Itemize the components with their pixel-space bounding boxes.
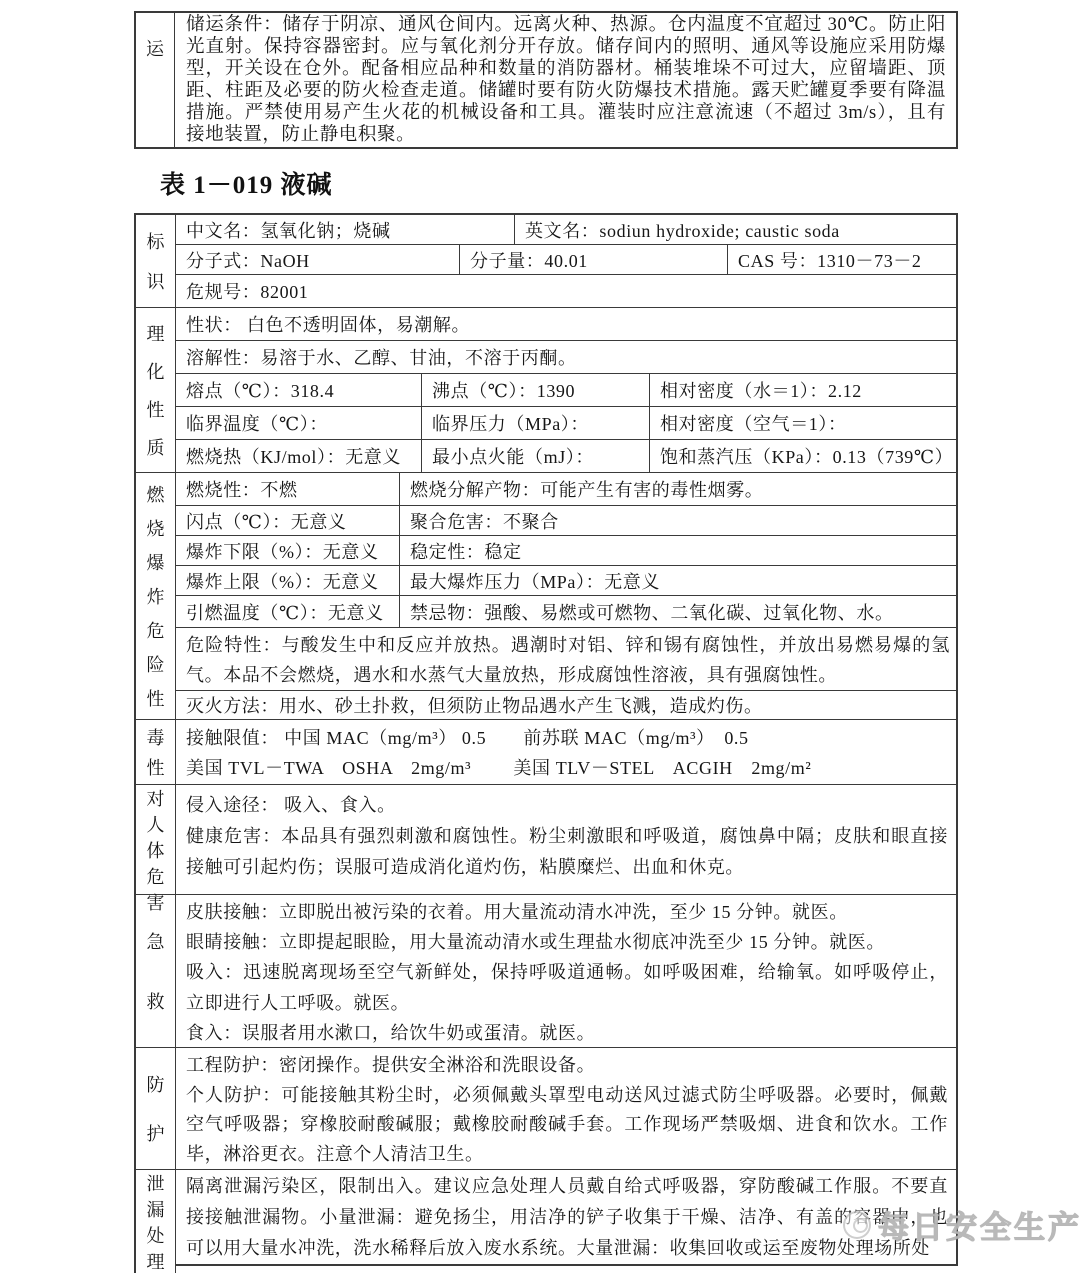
table-row: 爆炸上限（%）：无意义 最大爆炸压力（MPa）：无意义 [176, 566, 956, 596]
section-toxicity-label: 毒性 [136, 720, 176, 784]
table-row: 爆炸下限（%）：无意义 稳定性：稳定 [176, 536, 956, 566]
table-row: 灭火方法：用水、砂土扑救，但须防止物品遇水产生飞溅，造成灼伤。 [176, 691, 956, 719]
table-row: 燃烧性：不燃 燃烧分解产物：可能产生有害的毒性烟雾。 [176, 473, 956, 506]
table-title: 表 1－019 液碱 [160, 165, 333, 201]
cell-critical-temperature: 临界温度（℃）： [176, 407, 422, 439]
cell-cas-number: CAS 号：1310－73－2 [728, 245, 956, 274]
first-aid-inhalation-text: 吸入：迅速脱离现场至空气新鲜处，保持呼吸道通畅。如呼吸困难，给输氧。如呼吸停止，… [186, 957, 948, 1017]
first-aid-skin-text: 皮肤接触：立即脱出被污染的衣着。用大量流动清水冲洗，至少 15 分钟。就医。 [186, 897, 948, 927]
cell-molecular-formula: 分子式：NaOH [176, 245, 460, 274]
personal-protection-text: 个人防护：可能接触其粉尘时，必须佩戴头罩型电动送风过滤式防尘呼吸器。必要时，佩戴… [186, 1081, 948, 1170]
section-fire-explosion-content: 燃烧性：不燃 燃烧分解产物：可能产生有害的毒性烟雾。 闪点（℃）：无意义 聚合危… [176, 473, 958, 719]
cell-incompatibles: 禁忌物：强酸、易燃或可燃物、二氧化碳、过氧化物、水。 [400, 596, 956, 627]
section-human-health: 对人体危害 侵入途径： 吸入、食入。 健康危害：本品具有强烈刺激和腐蚀性。粉尘刺… [136, 785, 958, 895]
exposure-limit-line2: 美国 TVL－TWA OSHA 2mg/m³ 美国 TLV－STEL ACGIH… [186, 753, 948, 783]
cell-english-name: 英文名：sodiun hydroxide; caustic soda [515, 215, 956, 244]
cell-explosion-lower-limit: 爆炸下限（%）：无意义 [176, 536, 400, 565]
cell-ignition-temperature: 引燃温度（℃）：无意义 [176, 596, 400, 627]
storage-conditions-text: 储运条件：储存于阴凉、通风仓间内。远离火种、热源。仓内温度不宜超过 30℃。防止… [175, 13, 956, 147]
section-fire-explosion-label: 燃烧爆炸危险性 [136, 473, 176, 719]
cell-appearance: 性状： 白色不透明固体，易潮解。 [176, 308, 956, 340]
section-identification-content: 中文名：氢氧化钠；烧碱 英文名：sodiun hydroxide; causti… [176, 215, 958, 307]
section-human-health-label: 对人体危害 [136, 785, 176, 894]
table-row: 中文名：氢氧化钠；烧碱 英文名：sodiun hydroxide; causti… [176, 215, 956, 245]
cell-min-ignition-energy: 最小点火能（mJ）： [422, 440, 650, 472]
cell-hazard-reg-number: 危规号：82001 [176, 275, 956, 307]
section-protection-content: 工程防护：密闭操作。提供安全淋浴和洗眼设备。 个人防护：可能接触其粉尘时，必须佩… [176, 1048, 958, 1169]
cell-combustion-heat: 燃烧热（KJ/mol）：无意义 [176, 440, 422, 472]
storage-row-label: 运 [136, 13, 175, 147]
first-aid-ingestion-text: 食入：误服者用水漱口，给饮牛奶或蛋清。就医。 [186, 1018, 948, 1047]
table-row: 性状： 白色不透明固体，易潮解。 [176, 308, 956, 341]
entry-routes-text: 侵入途径： 吸入、食入。 [186, 790, 948, 821]
table-row: 燃烧热（KJ/mol）：无意义 最小点火能（mJ）： 饱和蒸汽压（KPa）：0.… [176, 440, 956, 472]
section-physicochemical: 理化性质 性状： 白色不透明固体，易潮解。 溶解性：易溶于水、乙醇、甘油，不溶于… [136, 308, 958, 473]
document-page: 运 储运条件：储存于阴凉、通风仓间内。远离火种、热源。仓内温度不宜超过 30℃。… [0, 0, 1080, 1273]
cell-decomposition-products: 燃烧分解产物：可能产生有害的毒性烟雾。 [400, 473, 956, 505]
section-toxicity-content: 接触限值： 中国 MAC（mg/m³） 0.5 前苏联 MAC（mg/m³） 0… [176, 720, 958, 784]
cell-critical-pressure: 临界压力（MPa）： [422, 407, 650, 439]
section-toxicity: 毒性 接触限值： 中国 MAC（mg/m³） 0.5 前苏联 MAC（mg/m³… [136, 720, 958, 785]
section-physicochemical-content: 性状： 白色不透明固体，易潮解。 溶解性：易溶于水、乙醇、甘油，不溶于丙酮。 熔… [176, 308, 958, 472]
table-row: 分子式：NaOH 分子量：40.01 CAS 号：1310－73－2 [176, 245, 956, 275]
cell-max-explosion-pressure: 最大爆炸压力（MPa）：无意义 [400, 566, 956, 595]
section-protection: 防护 工程防护：密闭操作。提供安全淋浴和洗眼设备。 个人防护：可能接触其粉尘时，… [136, 1048, 958, 1170]
table-row: 溶解性：易溶于水、乙醇、甘油，不溶于丙酮。 [176, 341, 956, 374]
section-physicochemical-label: 理化性质 [136, 308, 176, 472]
cell-relative-density-water: 相对密度（水＝1）：2.12 [650, 374, 956, 406]
cell-flammability: 燃烧性：不燃 [176, 473, 400, 505]
table-row: 引燃温度（℃）：无意义 禁忌物：强酸、易燃或可燃物、二氧化碳、过氧化物、水。 [176, 596, 956, 628]
cell-explosion-upper-limit: 爆炸上限（%）：无意义 [176, 566, 400, 595]
exposure-limit-line1: 接触限值： 中国 MAC（mg/m³） 0.5 前苏联 MAC（mg/m³） 0… [186, 723, 948, 753]
table-row: 闪点（℃）：无意义 聚合危害：不聚合 [176, 506, 956, 536]
cell-stability: 稳定性：稳定 [400, 536, 956, 565]
spill-handling-text: 隔离泄漏污染区，限制出入。建议应急处理人员戴自给式呼吸器，穿防酸碱工作服。不要直… [186, 1171, 948, 1264]
cell-fire-fighting-method: 灭火方法：用水、砂土扑救，但须防止物品遇水产生飞溅，造成灼伤。 [176, 691, 956, 719]
table-row: 熔点（℃）：318.4 沸点（℃）：1390 相对密度（水＝1）：2.12 [176, 374, 956, 407]
section-first-aid-label: 急救 [136, 895, 176, 1047]
cell-solubility: 溶解性：易溶于水、乙醇、甘油，不溶于丙酮。 [176, 341, 956, 373]
section-first-aid-content: 皮肤接触：立即脱出被污染的衣着。用大量流动清水冲洗，至少 15 分钟。就医。 眼… [176, 895, 958, 1047]
section-human-health-content: 侵入途径： 吸入、食入。 健康危害：本品具有强烈刺激和腐蚀性。粉尘刺激眼和呼吸道… [176, 785, 958, 894]
section-identification: 标识 中文名：氢氧化钠；烧碱 英文名：sodiun hydroxide; cau… [136, 215, 958, 308]
health-hazards-text: 健康危害：本品具有强烈刺激和腐蚀性。粉尘刺激眼和呼吸道，腐蚀鼻中隔；皮肤和眼直接… [186, 821, 948, 883]
cell-polymerization-hazard: 聚合危害：不聚合 [400, 506, 956, 535]
cell-boiling-point: 沸点（℃）：1390 [422, 374, 650, 406]
section-spill-handling-content: 隔离泄漏污染区，限制出入。建议应急处理人员戴自给式呼吸器，穿防酸碱工作服。不要直… [176, 1170, 958, 1266]
table-row: 危险特性：与酸发生中和反应并放热。遇潮时对铝、锌和锡有腐蚀性，并放出易燃易爆的氢… [176, 628, 956, 691]
engineering-protection-text: 工程防护：密闭操作。提供安全淋浴和洗眼设备。 [186, 1051, 948, 1081]
section-fire-explosion: 燃烧爆炸危险性 燃烧性：不燃 燃烧分解产物：可能产生有害的毒性烟雾。 闪点（℃）… [136, 473, 958, 720]
cell-relative-density-air: 相对密度（空气＝1）： [650, 407, 956, 439]
section-spill-handling: 泄漏处理 隔离泄漏污染区，限制出入。建议应急处理人员戴自给式呼吸器，穿防酸碱工作… [136, 1170, 958, 1273]
table-row: 危规号：82001 [176, 275, 956, 307]
section-protection-label: 防护 [136, 1048, 176, 1169]
storage-transport-table: 运 储运条件：储存于阴凉、通风仓间内。远离火种、热源。仓内温度不宜超过 30℃。… [134, 11, 958, 149]
cell-melting-point: 熔点（℃）：318.4 [176, 374, 422, 406]
cell-flash-point: 闪点（℃）：无意义 [176, 506, 400, 535]
cell-chinese-name: 中文名：氢氧化钠；烧碱 [176, 215, 515, 244]
section-first-aid: 急救 皮肤接触：立即脱出被污染的衣着。用大量流动清水冲洗，至少 15 分钟。就医… [136, 895, 958, 1048]
first-aid-eyes-text: 眼睛接触：立即提起眼睑，用大量流动清水或生理盐水彻底冲洗至少 15 分钟。就医。 [186, 927, 948, 957]
cell-saturated-vapor-pressure: 饱和蒸汽压（KPa）：0.13（739℃） [650, 440, 956, 472]
table-row: 临界温度（℃）： 临界压力（MPa）： 相对密度（空气＝1）： [176, 407, 956, 440]
msds-table: 标识 中文名：氢氧化钠；烧碱 英文名：sodiun hydroxide; cau… [134, 213, 958, 1273]
cell-molecular-weight: 分子量：40.01 [460, 245, 728, 274]
cell-hazard-characteristics: 危险特性：与酸发生中和反应并放热。遇潮时对铝、锌和锡有腐蚀性，并放出易燃易爆的氢… [176, 628, 956, 690]
section-identification-label: 标识 [136, 215, 176, 307]
section-spill-handling-label: 泄漏处理 [136, 1170, 176, 1273]
